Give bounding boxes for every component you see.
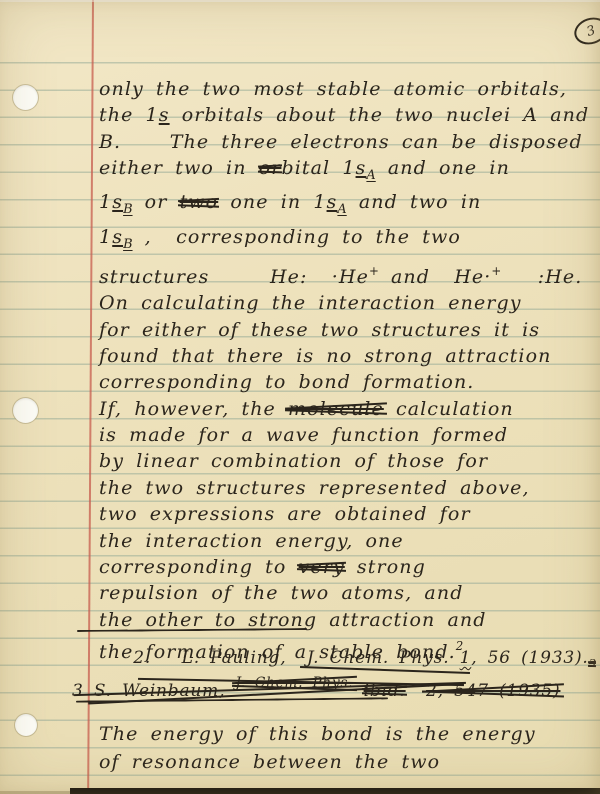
manuscript-closing: The energy of this bond is the energyof … (99, 721, 600, 776)
text-segment-scribble: very (299, 556, 345, 578)
text-segment: of resonance between the two (99, 751, 440, 773)
manuscript-line: corresponding to very strong (99, 554, 600, 580)
manuscript-line: On calculating the interaction energy (99, 290, 600, 316)
page-number-badge: 3 (571, 13, 600, 48)
text-segment: structures He: ·He (99, 266, 369, 288)
manuscript-line: the 1s orbitals about the two nuclei A a… (99, 102, 600, 128)
text-segment: orbitals about the two nuclei A and (170, 104, 590, 126)
text-segment-scribble: or (259, 157, 282, 179)
text-segment: B. The three electrons can be disposed (99, 131, 583, 153)
text-segment-subu: A (337, 202, 346, 217)
manuscript-line: 1sB or two one in 1sA and two in (99, 189, 600, 223)
manuscript-footnotes: 2. L. Pauling, J. Chem. Phys. 1, 56 (193… (72, 645, 600, 706)
manuscript-line: of resonance between the two (99, 749, 600, 777)
scan-bottom-edge (70, 788, 600, 794)
text-segment: one in 1 (218, 191, 326, 213)
text-segment: 2. L. Pauling, J. Chem. Phys. (72, 648, 460, 668)
text-segment: the 1 (99, 104, 159, 126)
text-segment: and He· (379, 266, 492, 288)
text-segment: bital 1 (281, 157, 355, 179)
text-segment: corresponding to (99, 556, 299, 578)
manuscript-line: two expressions are obtained for (99, 501, 600, 527)
hole-punch-middle (13, 398, 38, 423)
manuscript-line: is made for a wave function formed (99, 422, 600, 448)
text-segment: the two structures represented above, (99, 477, 530, 499)
text-segment: repulsion of the two atoms, and (99, 582, 463, 604)
page-number: 3 (585, 23, 598, 40)
text-segment: and two in (347, 191, 482, 213)
text-segment: two expressions are obtained for (99, 503, 471, 525)
text-segment-u: s (112, 191, 123, 213)
manuscript-line: structures He: ·He+ and He·+ :He. (99, 258, 600, 290)
text-segment-scribble: molecule (288, 398, 384, 420)
text-segment: :He. (501, 266, 582, 288)
text-segment: calculation (384, 398, 514, 420)
text-segment: and one in (376, 157, 510, 179)
paper-top-edge (0, 0, 600, 2)
text-segment-u: s (159, 104, 170, 126)
text-segment-scribble: two (180, 191, 219, 213)
text-segment: , 56 (1933). (471, 648, 588, 668)
manuscript-line: found that there is no strong attraction (99, 343, 600, 369)
text-segment: strong (345, 556, 426, 578)
text-segment: only the two most stable atomic orbitals… (99, 78, 567, 100)
manuscript-line: corresponding to bond formation. (99, 369, 600, 395)
text-segment-u: s (356, 157, 367, 179)
manuscript-line: only the two most stable atomic orbitals… (99, 76, 600, 102)
manuscript-line: by linear combination of those for (99, 448, 600, 474)
text-segment: by linear combination of those for (99, 450, 488, 472)
manuscript-line: for either of these two structures it is (99, 317, 600, 343)
hole-punch-top (13, 85, 38, 110)
text-segment: , corresponding to the two (133, 226, 461, 248)
text-segment: or (133, 191, 180, 213)
text-segment: corresponding to bond formation. (99, 371, 474, 393)
notebook-page: 3 only the two most stable atomic orbita… (0, 0, 600, 794)
text-segment: found that there is no strong attraction (99, 345, 551, 367)
text-segment: On calculating the interaction energy (99, 292, 522, 314)
text-segment: 1 (99, 226, 112, 248)
manuscript-line: repulsion of the two atoms, and (99, 580, 600, 606)
text-segment: 1 (99, 191, 112, 213)
text-segment: is made for a wave function formed (99, 424, 508, 446)
manuscript-line: B. The three electrons can be disposed (99, 129, 600, 155)
manuscript-line: the two structures represented above, (99, 475, 600, 501)
hole-punch-bottom (15, 714, 37, 736)
manuscript-line: If, however, the molecule calculation (99, 396, 600, 422)
manuscript-line: 1sB , corresponding to the two (99, 224, 600, 258)
text-segment: If, however, the (99, 398, 288, 420)
text-segment: for either of these two structures it is (99, 319, 540, 341)
text-segment-sup: + (491, 264, 501, 278)
text-segment-u: s (112, 226, 123, 248)
text-segment: the interaction energy, one (99, 530, 404, 552)
text-segment-uwavy: 1 (460, 648, 472, 668)
manuscript-line: the interaction energy, one (99, 528, 600, 554)
text-segment-u: s (327, 191, 338, 213)
text-segment-sub: 3 (589, 656, 596, 670)
text-segment: The energy of this bond is the energy (99, 723, 536, 745)
manuscript-body: only the two most stable atomic orbitals… (99, 76, 600, 665)
text-segment-subu: A (366, 168, 375, 183)
text-segment: either two in (99, 157, 259, 179)
text-segment-subu: B (123, 202, 132, 217)
text-segment-sup: + (369, 264, 379, 278)
manuscript-line: The energy of this bond is the energy (99, 721, 600, 749)
text-segment-subu: B (123, 237, 132, 252)
manuscript-line: either two in orbital 1sA and one in (99, 155, 600, 189)
